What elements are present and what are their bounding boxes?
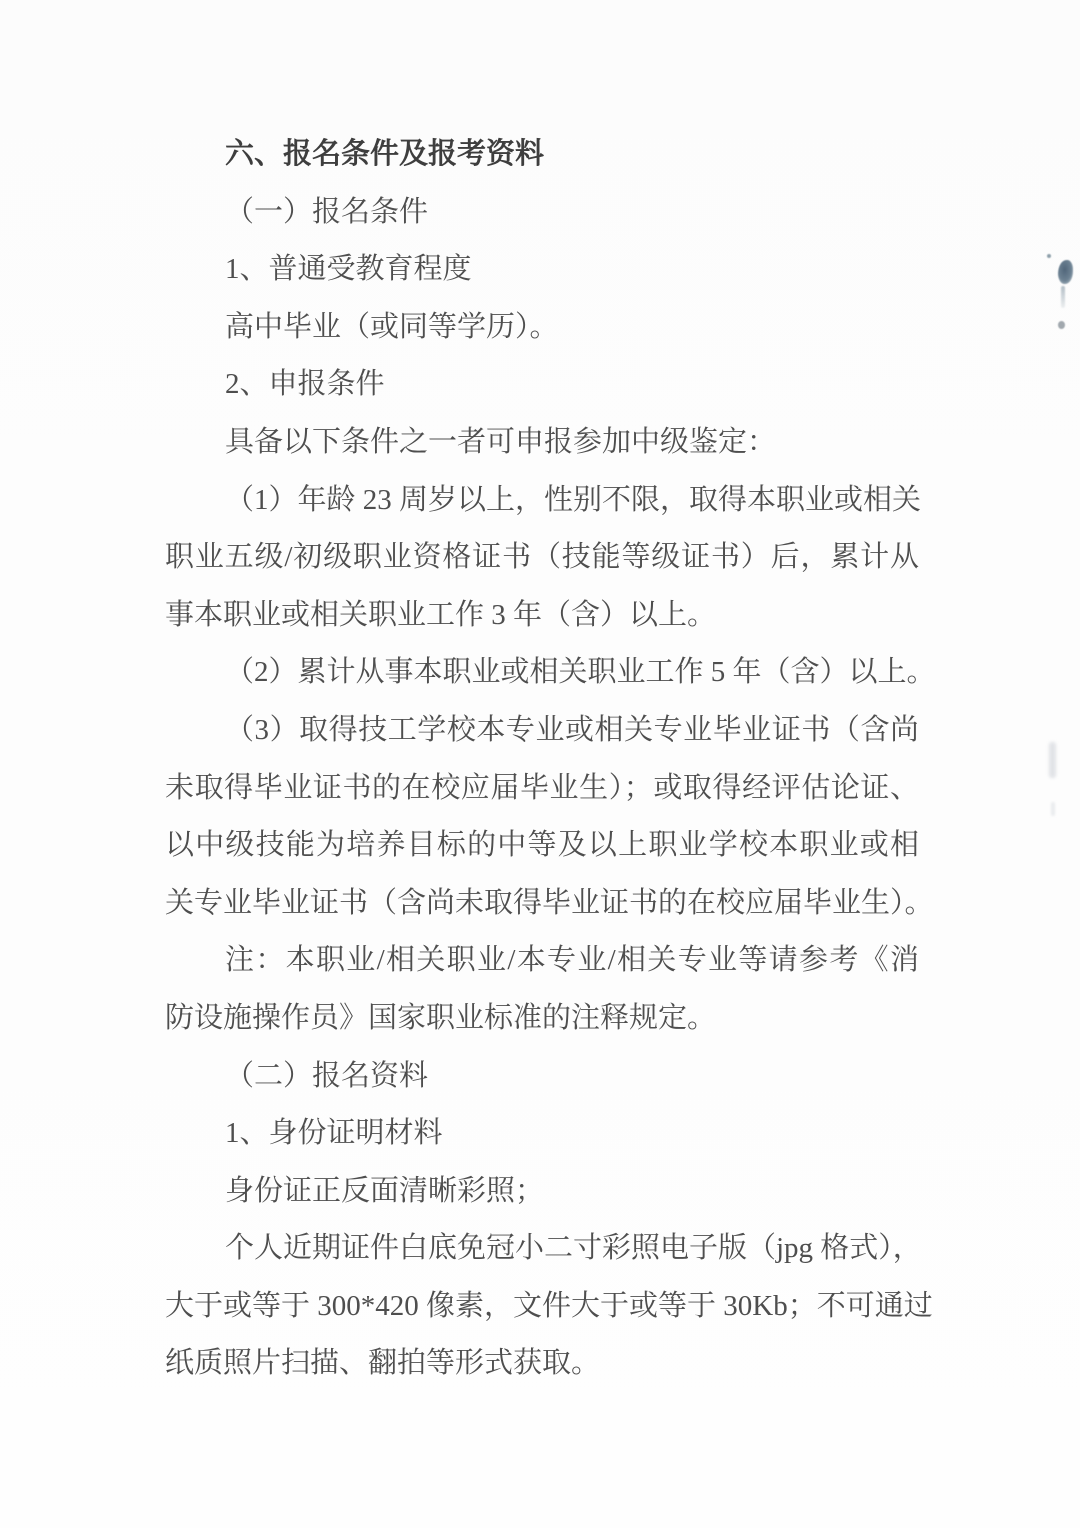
text-line: 大于或等于 300*420 像素，文件大于或等于 30Kb；不可通过	[165, 1278, 919, 1336]
text-line: 职业五级/初级职业资格证书（技能等级证书）后，累计从	[165, 529, 919, 587]
document-body: 六、报名条件及报考资料 （一）报名条件 1、普通受教育程度 高中毕业（或同等学历…	[165, 126, 919, 1393]
item-heading: 1、普通受教育程度	[165, 241, 919, 299]
text-line: 身份证正反面清晰彩照；	[165, 1163, 919, 1221]
ink-blot-artifact	[1058, 260, 1073, 284]
note-line: 防设施操作员》国家职业标准的注释规定。	[165, 990, 919, 1048]
text-line: 以中级技能为培养目标的中等及以上职业学校本职业或相	[165, 817, 919, 875]
text-line: （2）累计从事本职业或相关职业工作 5 年（含）以上。	[165, 644, 919, 702]
text-line: （1）年龄 23 周岁以上，性别不限，取得本职业或相关	[165, 472, 919, 530]
text-line: 高中毕业（或同等学历）。	[165, 299, 919, 357]
ink-speck-artifact	[1047, 254, 1051, 258]
ink-tail-artifact	[1061, 286, 1065, 308]
smudge-artifact	[1049, 742, 1056, 778]
document-page: 六、报名条件及报考资料 （一）报名条件 1、普通受教育程度 高中毕业（或同等学历…	[0, 0, 1080, 1528]
item-heading: 1、身份证明材料	[165, 1105, 919, 1163]
text-line: 具备以下条件之一者可申报参加中级鉴定：	[165, 414, 919, 472]
subsection-heading: （二）报名资料	[165, 1048, 919, 1106]
note-line: 注：本职业/相关职业/本专业/相关专业等请参考《消	[165, 932, 919, 990]
text-line: 事本职业或相关职业工作 3 年（含）以上。	[165, 587, 919, 645]
ink-dot-artifact	[1058, 321, 1065, 329]
text-line: 纸质照片扫描、翻拍等形式获取。	[165, 1335, 919, 1393]
text-line: 个人近期证件白底免冠小二寸彩照电子版（jpg 格式），	[165, 1220, 919, 1278]
text-line: 未取得毕业证书的在校应届毕业生）；或取得经评估论证、	[165, 760, 919, 818]
item-heading: 2、申报条件	[165, 356, 919, 414]
text-line: （3）取得技工学校本专业或相关专业毕业证书（含尚	[165, 702, 919, 760]
section-heading: 六、报名条件及报考资料	[165, 126, 919, 184]
text-line: 关专业毕业证书（含尚未取得毕业证书的在校应届毕业生）。	[165, 875, 919, 933]
subsection-heading: （一）报名条件	[165, 184, 919, 242]
smudge-artifact	[1051, 802, 1055, 816]
